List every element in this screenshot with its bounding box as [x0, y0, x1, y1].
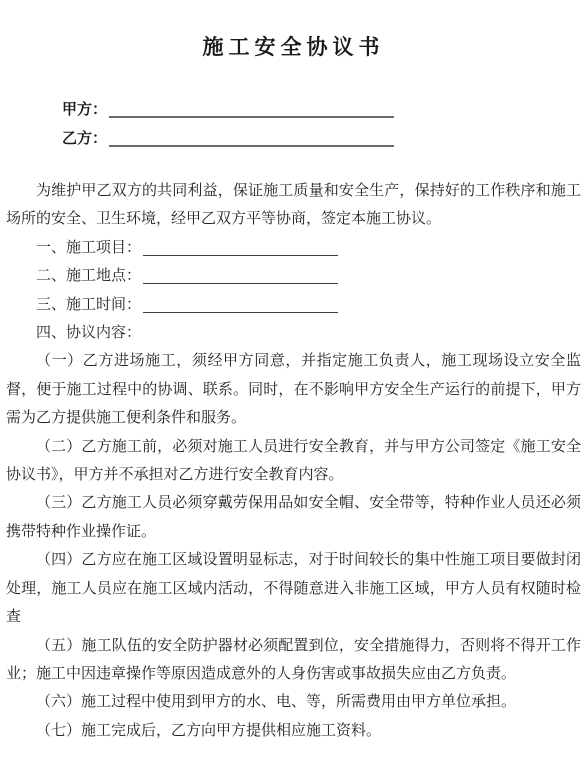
clause-paragraph-1: （一）乙方进场施工，须经甲方同意，并指定施工负责人，施工现场设立安全监督，便于施…	[6, 347, 581, 432]
parties-block: 甲方： 乙方：	[62, 96, 581, 153]
item-row-project: 一、施工项目：	[6, 234, 581, 262]
clause-paragraph-5: （五）施工队伍的安全防护器材必须配置到位，安全措施得力，否则将不得开工作业；施工…	[6, 632, 581, 689]
party-b-blank-line[interactable]	[109, 145, 394, 147]
project-blank-line[interactable]	[143, 255, 338, 256]
item-row-content: 四、协议内容：	[6, 319, 581, 347]
party-b-label: 乙方：	[62, 130, 107, 147]
party-a-blank-line[interactable]	[109, 116, 394, 118]
document-title: 施工安全协议书	[6, 0, 581, 60]
time-blank-line[interactable]	[143, 312, 338, 313]
intro-paragraph: 为维护甲乙双方的共同利益，保证施工质量和安全生产，保持好的工作秩序和施工场所的安…	[6, 177, 581, 234]
party-a-row: 甲方：	[62, 96, 581, 125]
clause-paragraph-3: （三）乙方施工人员必须穿戴劳保用品如安全帽、安全带等，特种作业人员还必须携带特种…	[6, 489, 581, 546]
document-body: 为维护甲乙双方的共同利益，保证施工质量和安全生产，保持好的工作秩序和施工场所的安…	[6, 177, 581, 745]
item-time-label: 三、施工时间：	[36, 296, 141, 313]
document-page: 施工安全协议书 甲方： 乙方： 为维护甲乙双方的共同利益，保证施工质量和安全生产…	[0, 0, 587, 770]
party-b-row: 乙方：	[62, 125, 581, 154]
clause-paragraph-6: （六）施工过程中使用到甲方的水、电、等，所需费用由甲方单位承担。	[6, 688, 581, 716]
clause-paragraph-2: （二）乙方施工前，必须对施工人员进行安全教育，并与甲方公司签定《施工安全协议书》…	[6, 433, 581, 490]
item-location-label: 二、施工地点：	[36, 267, 141, 284]
clause-paragraph-4: （四）乙方应在施工区域设置明显标志，对于时间较长的集中性施工项目要做封闭处理，施…	[6, 546, 581, 631]
location-blank-line[interactable]	[143, 283, 338, 284]
item-row-time: 三、施工时间：	[6, 291, 581, 319]
item-project-label: 一、施工项目：	[36, 239, 141, 256]
party-a-label: 甲方：	[62, 101, 107, 118]
item-content-label: 四、协议内容：	[36, 324, 141, 341]
item-row-location: 二、施工地点：	[6, 262, 581, 290]
clause-paragraph-7: （七）施工完成后，乙方向甲方提供相应施工资料。	[6, 717, 581, 745]
